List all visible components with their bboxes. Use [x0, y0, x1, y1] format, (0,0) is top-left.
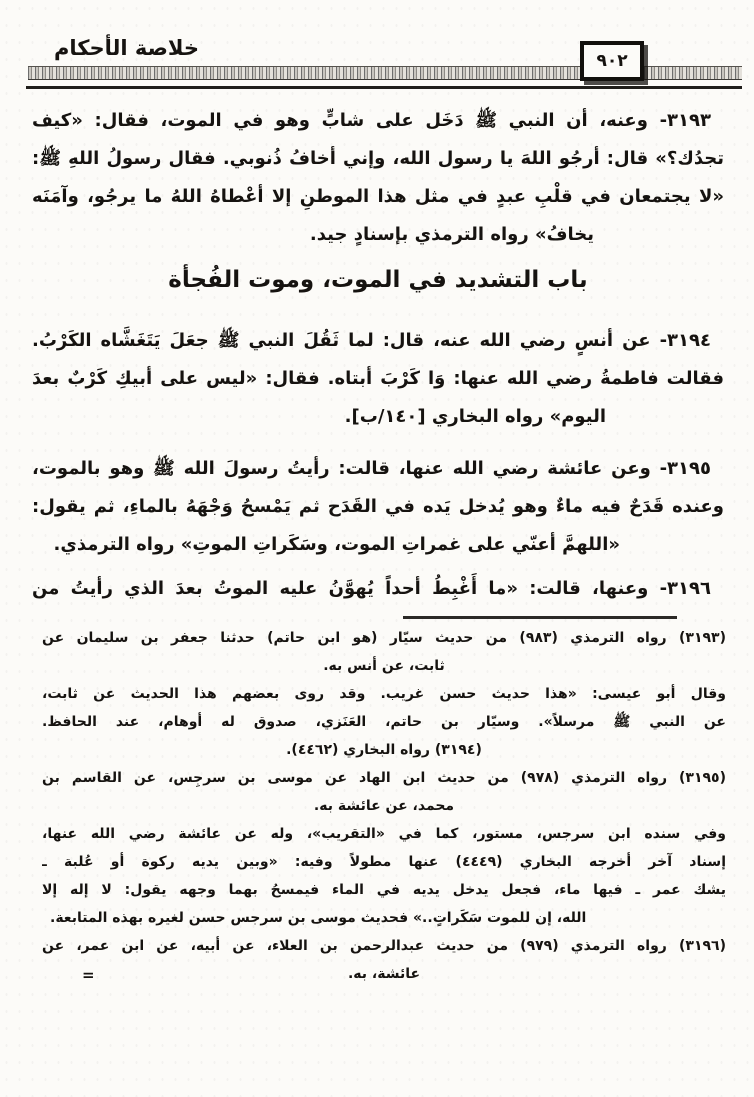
footnote-line: الله، إن للموت سَكَراتٍ..» فحديث موسى بن…	[42, 904, 726, 932]
text-line: تجدُك؟» قال: أرجُو اللهَ يا رسول الله، و…	[32, 140, 724, 178]
text-line: ٣١٩٤- عن أنسٍ رضي الله عنه، قال: لما ثَق…	[32, 322, 724, 360]
footnote-line: وقال أبو عيسى: «هذا حديث حسن غريب. وقد ر…	[42, 680, 726, 708]
hadith-paragraph-3194: ٣١٩٤- عن أنسٍ رضي الله عنه، قال: لما ثَق…	[32, 322, 724, 436]
text-line: ٣١٩٥- وعن عائشة رضي الله عنها، قالت: رأي…	[32, 450, 724, 488]
text-line: اليوم» رواه البخاري [١٤٠/ب].	[32, 398, 724, 436]
text-line: ٣١٩٦- وعنها، قالت: «ما أَغْبِطُ أحداً يُ…	[32, 570, 724, 608]
footnote-line: (٣١٩٣) رواه الترمذي (٩٨٣) من حديث سيّار …	[42, 624, 726, 652]
text-line: وعنده قَدَحٌ فيه ماءٌ وهو يُدخل يَده في …	[32, 488, 724, 526]
footnote-line: عائشة، به.	[42, 960, 726, 988]
page-number: ٩٠٢	[596, 51, 627, 71]
footnote-line: إسناد آخر أخرجه البخاري (٤٤٤٩) عنها مطول…	[42, 848, 726, 876]
footnote-line: عن النبي ﷺ مرسلاً». وسيّار بن حاتم، العَ…	[42, 708, 726, 736]
text-line: ٣١٩٣- وعنه، أن النبي ﷺ دَخَل على شابٍّ و…	[32, 102, 724, 140]
text-line: «لا يجتمعان في قلْبِ عبدٍ في مثل هذا الم…	[32, 178, 724, 216]
header-rule	[26, 86, 742, 89]
text-line: فقالت فاطمةُ رضي الله عنها: وَا كَرْبَ أ…	[32, 360, 724, 398]
footnote-line: ثابت، عن أنس به.	[42, 652, 726, 680]
hadith-paragraph-3193: ٣١٩٣- وعنه، أن النبي ﷺ دَخَل على شابٍّ و…	[32, 102, 724, 254]
book-page: خلاصة الأحكام ٩٠٢ ٣١٩٣- وعنه، أن النبي ﷺ…	[0, 0, 754, 1097]
footnote-line: (٣١٩٥) رواه الترمذي (٩٧٨) من حديث ابن ال…	[42, 764, 726, 792]
footnote-line: وفي سنده ابن سرجس، مستور، كما في «التقري…	[42, 820, 726, 848]
hadith-paragraph-3196: ٣١٩٦- وعنها، قالت: «ما أَغْبِطُ أحداً يُ…	[32, 570, 724, 608]
footnote-continuation-mark: =	[82, 966, 95, 984]
footnotes-block: (٣١٩٣) رواه الترمذي (٩٨٣) من حديث سيّار …	[42, 624, 726, 988]
chapter-heading: باب التشديد في الموت، وموت الفُجأة	[32, 258, 724, 302]
footnote-separator-rule	[403, 616, 677, 619]
footnote-line: يشك عمر ـ فيها ماء، فجعل يدخل يديه في ال…	[42, 876, 726, 904]
hadith-paragraph-3195: ٣١٩٥- وعن عائشة رضي الله عنها، قالت: رأي…	[32, 450, 724, 564]
footnote-line: (٣١٩٦) رواه الترمذي (٩٧٩) من حديث عبدالر…	[42, 932, 726, 960]
page-number-box: ٩٠٢	[580, 41, 644, 81]
book-title: خلاصة الأحكام	[54, 36, 254, 60]
footnote-line: (٣١٩٤) رواه البخاري (٤٤٦٢).	[42, 736, 726, 764]
text-line: يخافُ» رواه الترمذي بإسنادٍ جيد.	[32, 216, 724, 254]
text-line: «اللهمَّ أعنّي على غمراتِ الموت، وسَكَرا…	[32, 526, 724, 564]
footnote-line: محمد، عن عائشة به.	[42, 792, 726, 820]
